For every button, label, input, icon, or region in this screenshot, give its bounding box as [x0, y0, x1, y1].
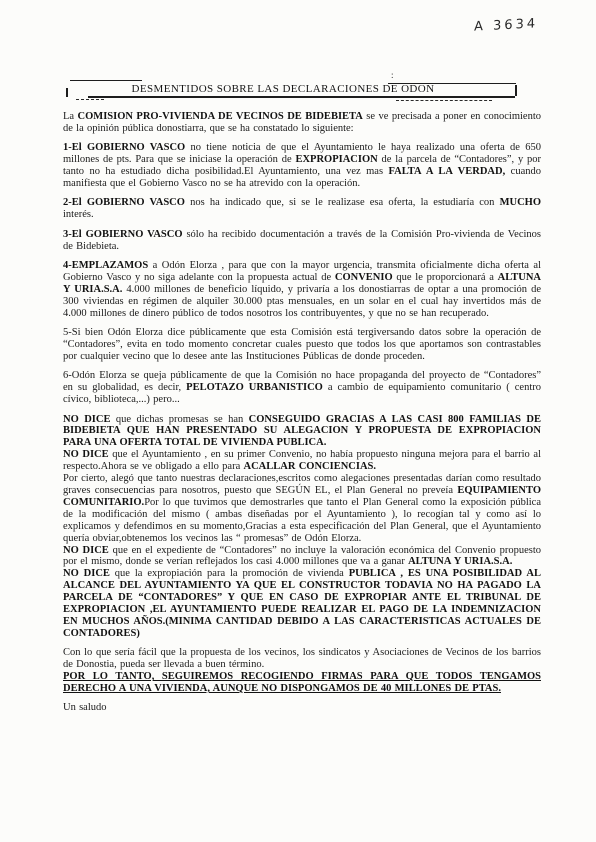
- text-segment: Un saludo: [63, 702, 107, 713]
- paragraph: 3-El GOBIERNO VASCO sólo ha recibido doc…: [63, 229, 541, 253]
- text-segment: 4.000 millones de beneficio líquido, y p…: [63, 284, 541, 319]
- title-rule-above-left: [70, 80, 142, 81]
- text-segment: NO DICE: [63, 414, 110, 425]
- scanned-document-page: A 3634 : DESMENTIDOS SOBRE LAS DECLARACI…: [0, 0, 596, 842]
- paragraph: 6-Odón Elorza se queja públicamente de q…: [63, 370, 541, 406]
- text-segment: COMISION PRO-VIVIENDA DE VECINOS DE BIDE…: [78, 111, 363, 122]
- paragraph: 2-El GOBIERNO VASCO nos ha indicado que,…: [63, 197, 541, 221]
- text-segment: interés.: [63, 209, 94, 220]
- stray-ink-mark: :: [391, 70, 394, 80]
- text-segment: 4-EMPLAZAMOS: [63, 260, 148, 271]
- text-segment: 3-El GOBIERNO VASCO: [63, 229, 183, 240]
- paragraph: NO DICE que el Ayuntamiento , en su prim…: [63, 449, 541, 473]
- title-underline: [88, 96, 515, 98]
- text-segment: POR LO TANTO, SEGUIREMOS RECOGIENDO FIRM…: [63, 671, 541, 694]
- paragraph: Por cierto, alegó que tanto nuestras dec…: [63, 473, 541, 544]
- paragraph: Un saludo: [63, 702, 541, 714]
- title-pen-tick-left: [66, 88, 68, 97]
- title-pen-tick-right: [515, 85, 517, 96]
- paragraph: 1-El GOBIERNO VASCO no tiene noticia de …: [63, 142, 541, 190]
- text-segment: NO DICE: [63, 449, 109, 460]
- text-segment: 2-El GOBIERNO VASCO: [63, 197, 185, 208]
- title-dashes-right: [396, 100, 492, 101]
- paragraph: POR LO TANTO, SEGUIREMOS RECOGIENDO FIRM…: [63, 671, 541, 695]
- paragraph: 4-EMPLAZAMOS a Odón Elorza , para que co…: [63, 260, 541, 320]
- paragraph: NO DICE que la expropiación para la prom…: [63, 568, 541, 639]
- text-segment: nos ha indicado que, si se le realizase …: [185, 197, 500, 208]
- text-segment: NO DICE: [63, 545, 109, 556]
- text-segment: PELOTAZO URBANISTICO: [186, 382, 323, 393]
- paragraph: NO DICE que dichas promesas se han CONSE…: [63, 414, 541, 450]
- paragraph: La COMISION PRO-VIVIENDA DE VECINOS DE B…: [63, 111, 541, 135]
- title-dashes-left: [76, 99, 104, 100]
- text-segment: 1-El GOBIERNO VASCO: [63, 142, 185, 153]
- paragraph: 5-Si bien Odón Elorza dice públicamente …: [63, 327, 541, 363]
- text-segment: que dichas promesas se han: [110, 414, 248, 425]
- text-segment: que le proporcionará a: [393, 272, 498, 283]
- text-segment: Con lo que sería fácil que la propuesta …: [63, 647, 541, 670]
- text-segment: MUCHO: [500, 197, 541, 208]
- page-title: DESMENTIDOS SOBRE LAS DECLARACIONES DE O…: [88, 83, 478, 95]
- text-segment: 5-Si bien Odón Elorza dice públicamente …: [63, 327, 541, 362]
- paragraph: Con lo que sería fácil que la propuesta …: [63, 647, 541, 671]
- text-segment: ACALLAR CONCIENCIAS.: [244, 461, 376, 472]
- text-segment: FALTA A LA VERDAD,: [389, 166, 506, 177]
- text-segment: CONVENIO: [335, 272, 393, 283]
- text-segment: NO DICE: [63, 568, 110, 579]
- paragraph: NO DICE que en el expediente de “Contado…: [63, 545, 541, 569]
- text-segment: La: [63, 111, 78, 122]
- text-segment: EXPROPIACION: [295, 154, 377, 165]
- handwritten-archive-mark: A 3634: [474, 16, 538, 34]
- text-segment: que la expropiación para la promoción de…: [110, 568, 349, 579]
- text-segment: ALTUNA Y URIA.S.A.: [408, 556, 512, 567]
- document-body: La COMISION PRO-VIVIENDA DE VECINOS DE B…: [63, 111, 541, 714]
